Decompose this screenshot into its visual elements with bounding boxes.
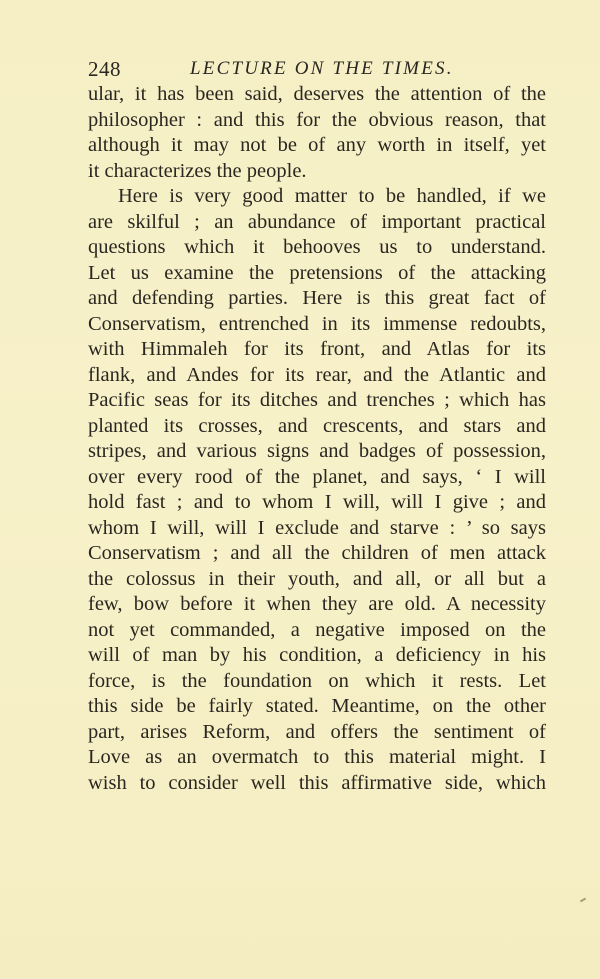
- paragraph-continuation: ular, it has been said, deserves the att…: [88, 82, 546, 184]
- text-line: Let us examine the pretensions of the at…: [88, 261, 546, 287]
- text-line: Conservatism ; and all the children of m…: [88, 541, 546, 567]
- text-line: will of man by his condition, a deficien…: [88, 643, 546, 669]
- text-line: few, bow before it when they are old. A …: [88, 592, 546, 618]
- paper-speck: [580, 898, 586, 903]
- text-line: questions which it behooves us to unders…: [88, 235, 546, 261]
- text-line: the colossus in their youth, and all, or…: [88, 567, 546, 593]
- text-line: Conservatism, entrenched in its immense …: [88, 312, 546, 338]
- text-line: ular, it has been said, deserves the att…: [88, 82, 546, 108]
- page-number: 248: [88, 56, 121, 82]
- text-line: this side be fairly stated. Meantime, on…: [88, 694, 546, 720]
- text-line: Love as an overmatch to this material mi…: [88, 745, 546, 771]
- text-line: wish to consider well this affirmative s…: [88, 771, 546, 797]
- text-line: not yet commanded, a negative imposed on…: [88, 618, 546, 644]
- text-line: planted its crosses, and crescents, and …: [88, 414, 546, 440]
- text-line: whom I will, will I exclude and starve :…: [88, 516, 546, 542]
- paragraph: Here is very good matter to be handled, …: [88, 184, 546, 796]
- book-page: 248 LECTURE ON THE TIMES. ular, it has b…: [0, 0, 600, 979]
- text-line: it characterizes the people.: [88, 159, 546, 185]
- text-line: philosopher : and this for the obvious r…: [88, 108, 546, 134]
- text-line: Here is very good matter to be handled, …: [88, 184, 546, 210]
- text-line: are skilful ; an abundance of important …: [88, 210, 546, 236]
- body-text: ular, it has been said, deserves the att…: [88, 82, 546, 796]
- running-head: 248 LECTURE ON THE TIMES.: [88, 56, 546, 82]
- text-line: hold fast ; and to whom I will, will I g…: [88, 490, 546, 516]
- text-line: part, arises Reform, and offers the sent…: [88, 720, 546, 746]
- text-line: stripes, and various signs and badges of…: [88, 439, 546, 465]
- text-line: although it may not be of any worth in i…: [88, 133, 546, 159]
- text-line: flank, and Andes for its rear, and the A…: [88, 363, 546, 389]
- text-line: with Himmaleh for its front, and Atlas f…: [88, 337, 546, 363]
- text-line: over every rood of the planet, and says,…: [88, 465, 546, 491]
- running-title: LECTURE ON THE TIMES.: [190, 56, 454, 82]
- text-line: Pacific seas for its ditches and trenche…: [88, 388, 546, 414]
- text-line: force, is the foundation on which it res…: [88, 669, 546, 695]
- text-line: and defending parties. Here is this grea…: [88, 286, 546, 312]
